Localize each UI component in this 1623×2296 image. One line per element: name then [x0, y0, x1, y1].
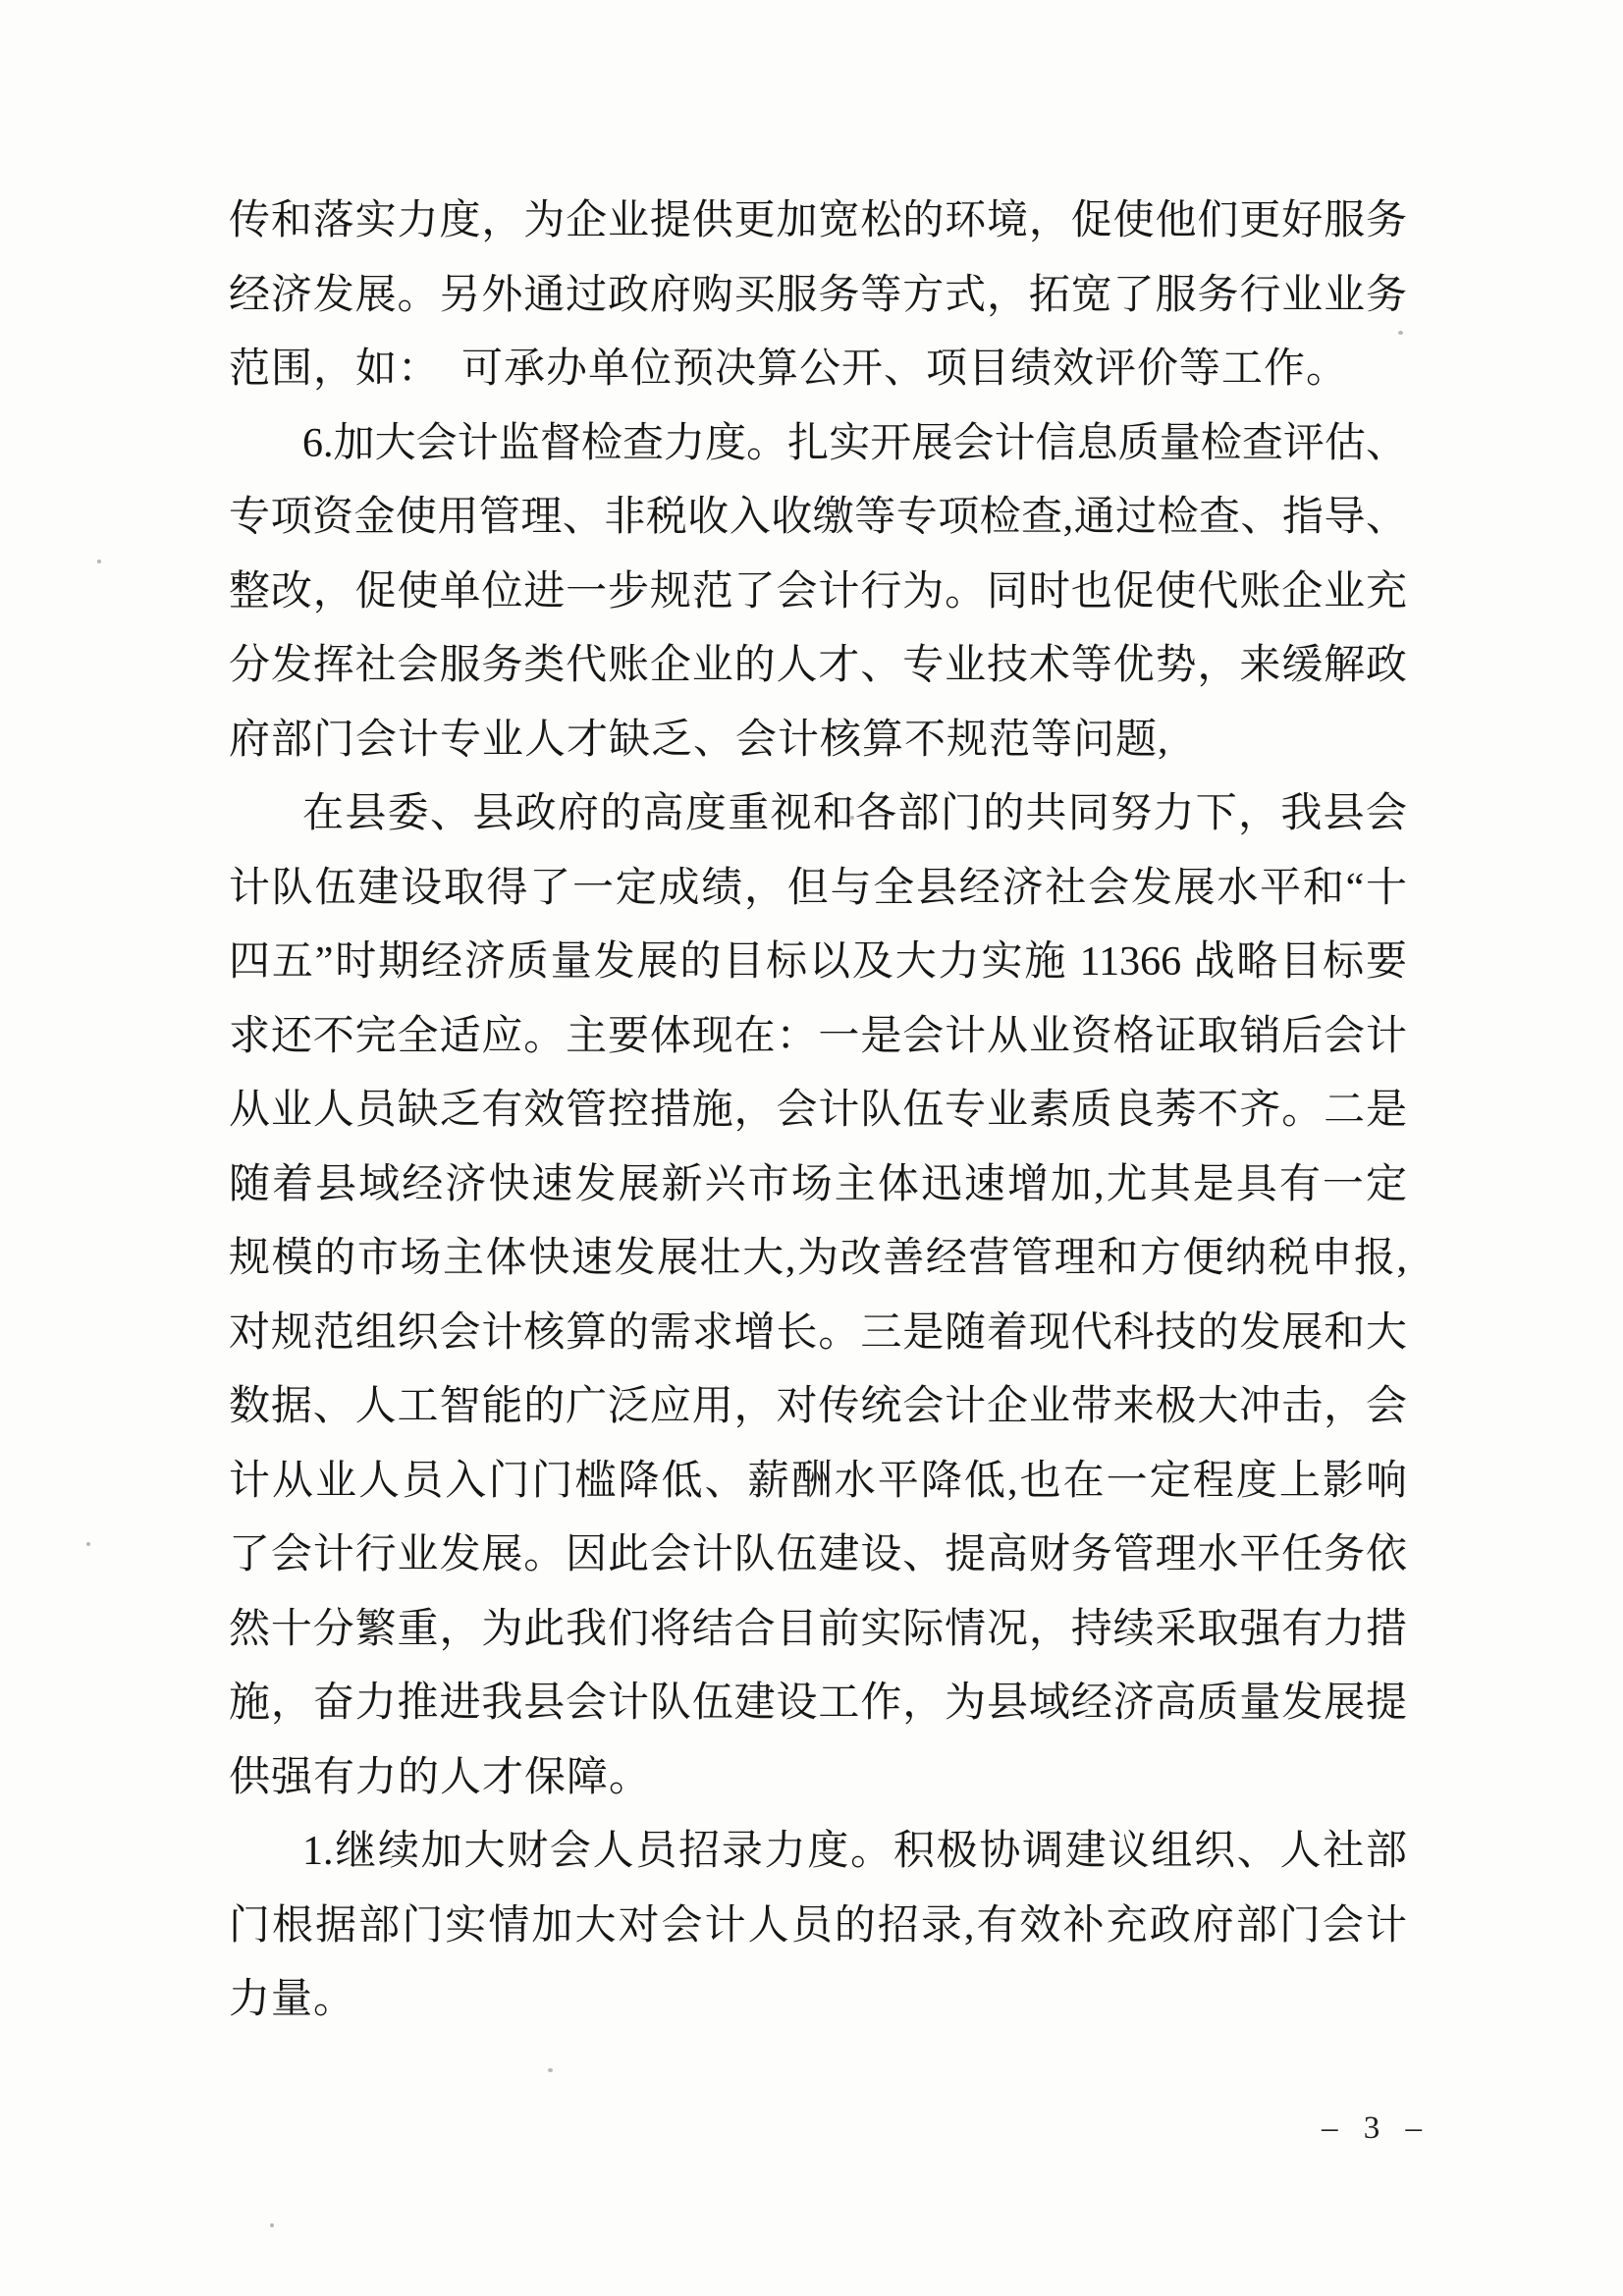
scan-speck: [548, 2068, 553, 2072]
text-line: 专项资金使用管理、非税收入收缴等专项检查,通过检查、指导、: [229, 481, 1407, 556]
text-line: 门根据部门实情加大对会计人员的招录,有效补充政府部门会计: [229, 1890, 1407, 1964]
text-line: 施，奋力推进我县会计队伍建设工作，为县域经济高质量发展提: [229, 1667, 1407, 1741]
scan-speck: [270, 2223, 274, 2227]
text-line: 对规范组织会计核算的需求增长。三是随着现代科技的发展和大: [229, 1297, 1407, 1371]
text-line: 规模的市场主体快速发展壮大,为改善经营管理和方便纳税申报,: [229, 1222, 1407, 1297]
text-line: 从业人员缺乏有效管控措施，会计队伍专业素质良莠不齐。二是: [229, 1074, 1407, 1148]
text-line: 传和落实力度，为企业提供更加宽松的环境，促使他们更好服务: [229, 185, 1407, 259]
text-line: 计从业人员入门门槛降低、薪酬水平降低,也在一定程度上影响: [229, 1445, 1407, 1520]
text-line: 了会计行业发展。因此会计队伍建设、提高财务管理水平任务依: [229, 1519, 1407, 1593]
body-text: 传和落实力度，为企业提供更加宽松的环境，促使他们更好服务 经济发展。另外通过政府…: [229, 185, 1407, 2038]
document-page: 传和落实力度，为企业提供更加宽松的环境，促使他们更好服务 经济发展。另外通过政府…: [0, 0, 1623, 2296]
text-line: 数据、人工智能的广泛应用，对传统会计企业带来极大冲击，会: [229, 1370, 1407, 1445]
scan-speck: [850, 816, 854, 820]
text-line: 然十分繁重，为此我们将结合目前实际情况，持续采取强有力措: [229, 1593, 1407, 1668]
text-line: 府部门会计专业人才缺乏、会计核算不规范等问题,: [229, 704, 1407, 778]
page-number: – 3 –: [1322, 2110, 1431, 2147]
scan-speck: [86, 1542, 90, 1546]
scan-speck: [97, 560, 101, 563]
text-line: 随着县域经济快速发展新兴市场主体迅速增加,尤其是具有一定: [229, 1148, 1407, 1223]
text-line: 求还不完全适应。主要体现在：一是会计从业资格证取销后会计: [229, 1000, 1407, 1075]
text-line: 计队伍建设取得了一定成绩，但与全县经济社会发展水平和“十: [229, 852, 1407, 927]
text-line: 范围，如： 可承办单位预决算公开、项目绩效评价等工作。: [229, 333, 1407, 407]
text-line: 整改，促使单位进一步规范了会计行为。同时也促使代账企业充: [229, 556, 1407, 630]
scan-speck: [1398, 331, 1403, 335]
text-line: 在县委、县政府的高度重视和各部门的共同努力下，我县会: [229, 777, 1407, 852]
text-line: 1.继续加大财会人员招录力度。积极协调建议组织、人社部: [229, 1815, 1407, 1890]
text-line: 力量。: [229, 1963, 1407, 2038]
text-line: 供强有力的人才保障。: [229, 1741, 1407, 1816]
text-line: 分发挥社会服务类代账企业的人才、专业技术等优势，来缓解政: [229, 629, 1407, 704]
text-line: 经济发展。另外通过政府购买服务等方式，拓宽了服务行业业务: [229, 259, 1407, 334]
text-line: 四五”时期经济质量发展的目标以及大力实施 11366 战略目标要: [229, 926, 1407, 1000]
text-line: 6.加大会计监督检查力度。扎实开展会计信息质量检查评估、: [229, 407, 1407, 482]
